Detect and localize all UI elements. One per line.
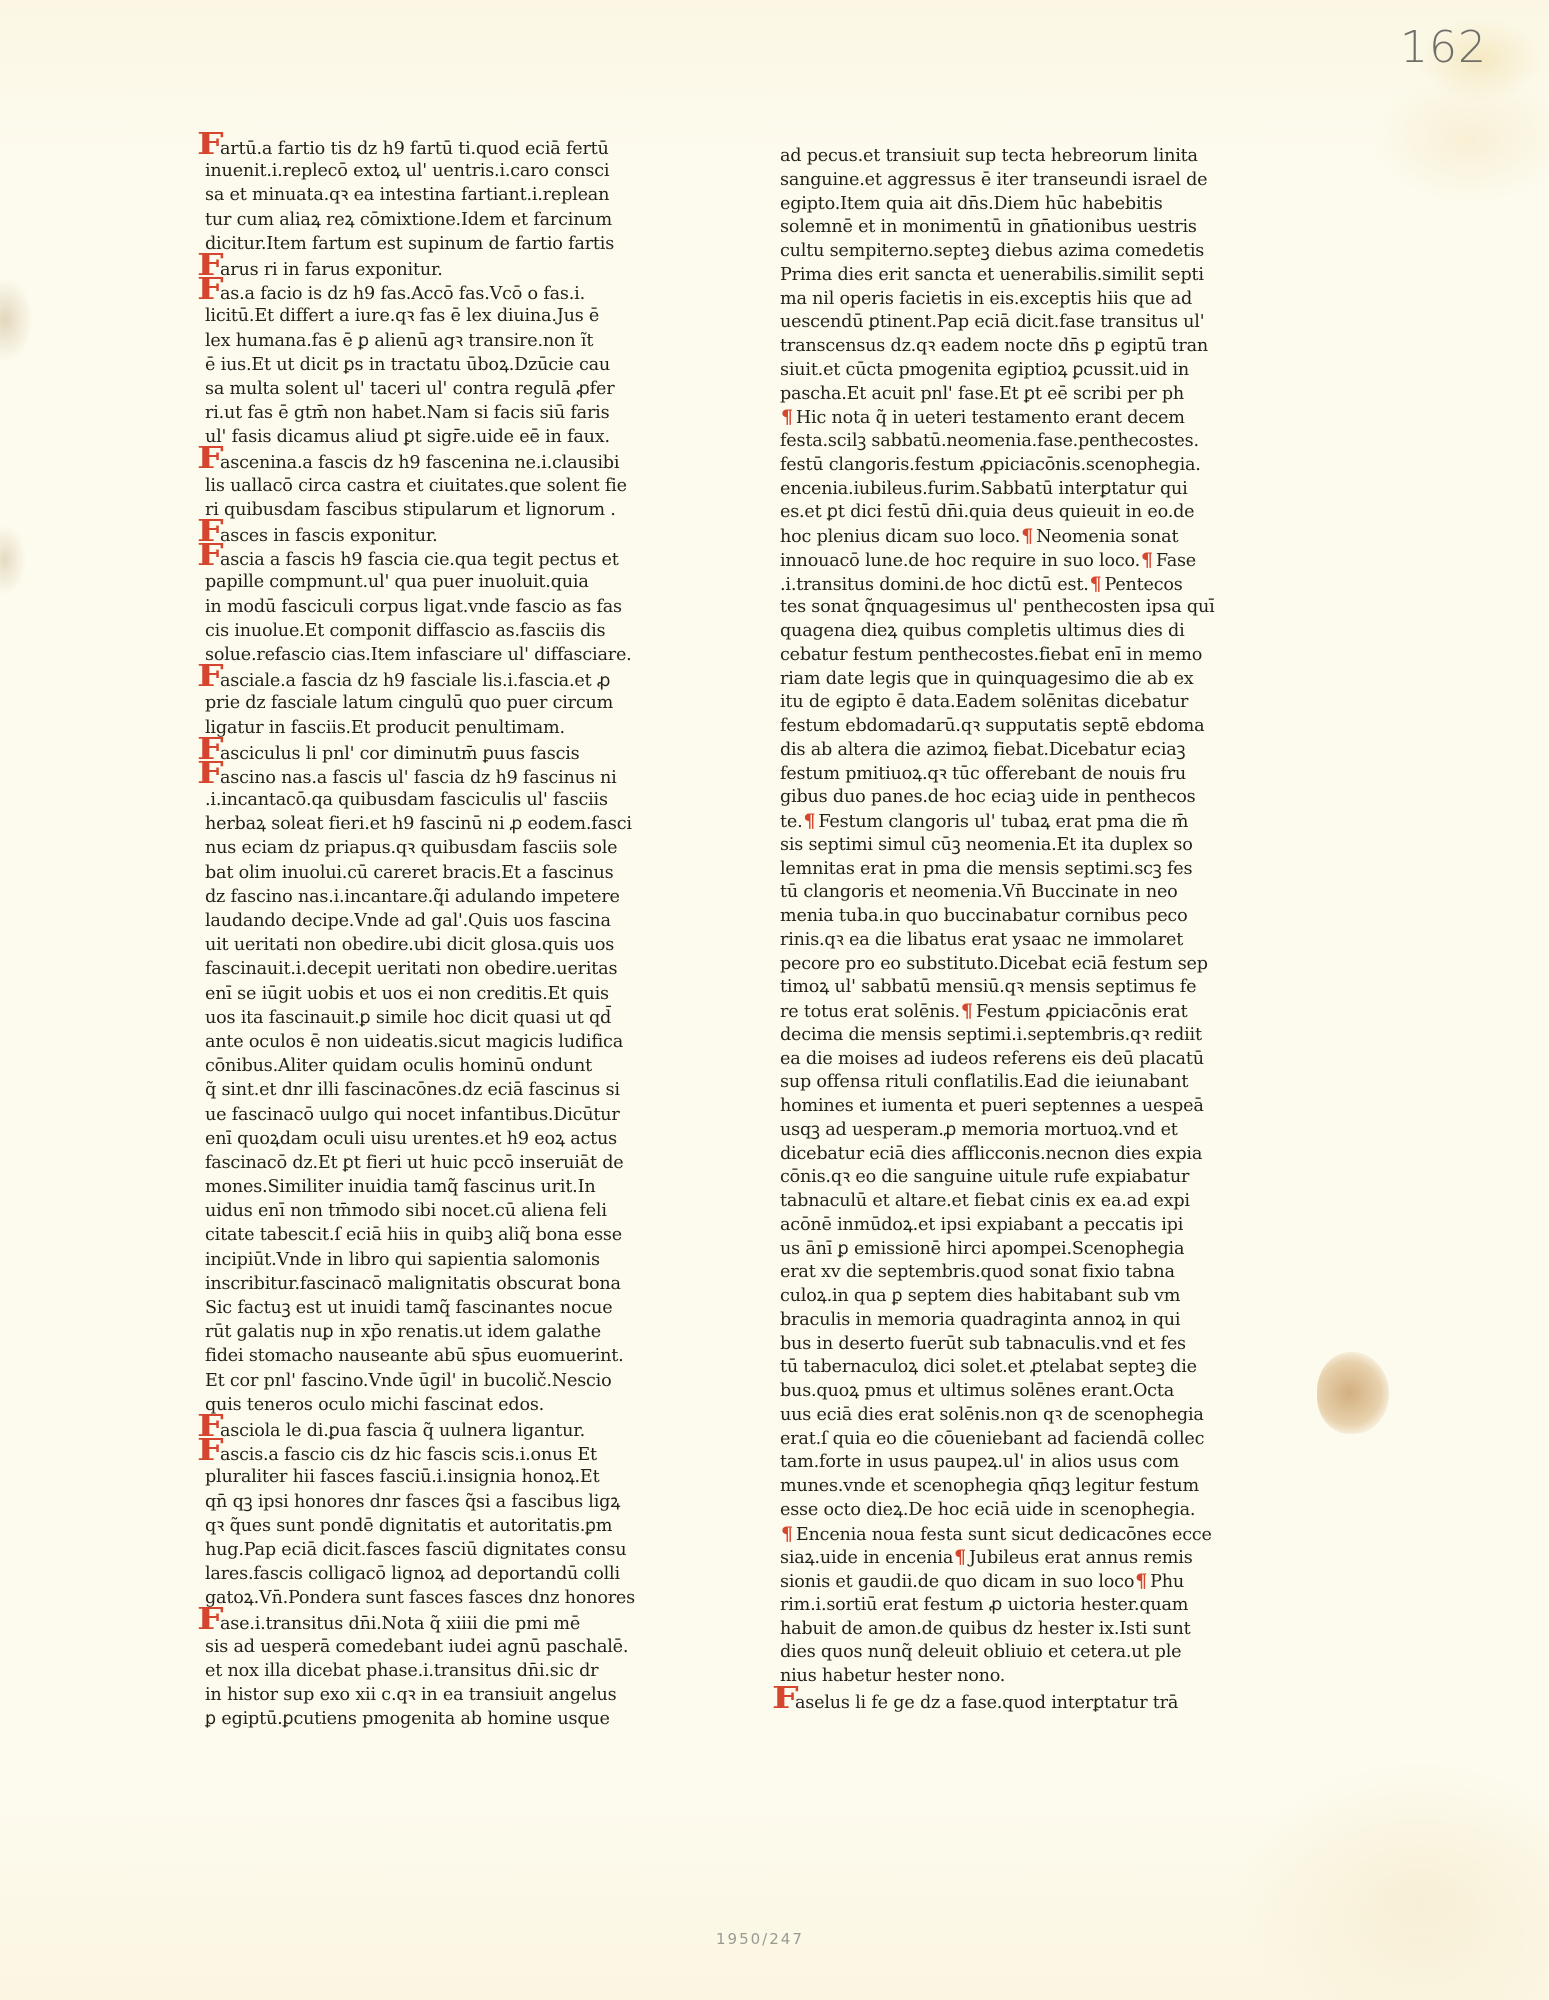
text-line: laudando decipe.Vnde ad gal'.Quis uos fa… — [205, 909, 705, 933]
text-line: esse octo dieꝝ.De hoc eciā uide in sceno… — [780, 1499, 1280, 1523]
text-line: ad pecus.et transiuit sup tecta hebreoru… — [780, 145, 1280, 169]
text-line: siuit.et cūcta pmogenita egiptioꝝ ꝑcussi… — [780, 359, 1280, 383]
entry-headword-line: Fasciale.a fascia dz h9 fasciale lis.i.f… — [205, 667, 705, 691]
text-line: egipto.Item quia ait dn̄s.Diem hūc habeb… — [780, 193, 1280, 217]
text-line: pascha.Et acuit pnl' fase.Et ꝑt eē scrib… — [780, 383, 1280, 407]
line-text: bat olim inuolui.cū careret bracis.Et a … — [205, 863, 613, 883]
paragraph-mark-icon: ¶ — [961, 1000, 973, 1022]
line-text: uus eciā dies erat solēnis.non qꝛ de sce… — [780, 1405, 1204, 1425]
text-line: transcensus dz.qꝛ eadem nocte dn̄s ꝑ egi… — [780, 335, 1280, 359]
line-text: asciola le di.ꝑua fascia q̃ uulnera liga… — [220, 1421, 585, 1441]
text-line: tur cum aliaꝝ reꝝ cōmixtione.Idem et far… — [205, 208, 705, 232]
text-line: tam.forte in usus paupeꝝ.ul' in alios us… — [780, 1451, 1280, 1475]
line-text: festa.scilꝫ sabbatū.neomenia.fase.penthe… — [780, 431, 1199, 451]
line-text: ase.i.transitus dn̄i.Nota q̃ xiiii die p… — [220, 1614, 580, 1634]
line-text: re totus erat solēnis. — [780, 1002, 960, 1022]
line-text: tū clangoris et neomenia.Vn̄ Buccinate i… — [780, 882, 1178, 902]
text-line: uit ueritati non obedire.ubi dicit glosa… — [205, 933, 705, 957]
line-text: enī se iūgit uobis et uos ei non crediti… — [205, 984, 609, 1004]
line-text: dis ab altera die azimoꝝ fiebat.Dicebatu… — [780, 740, 1185, 760]
text-line: dies quos nunq̃ deleuit obliuio et ceter… — [780, 1641, 1280, 1665]
text-line: riam date legis que in quinquagesimo die… — [780, 668, 1280, 692]
text-line: decima die mensis septimi.i.septembris.q… — [780, 1024, 1280, 1048]
text-line: Prima dies erit sancta et uenerabilis.si… — [780, 264, 1280, 288]
text-line: sa et minuata.qꝛ ea intestina fartiant.i… — [205, 183, 705, 207]
text-line: ¶Hic nota q̃ in ueteri testamento erant … — [780, 406, 1280, 430]
text-line: ante oculos ē non uideatis.sicut magicis… — [205, 1030, 705, 1054]
line-text: acōnē inmūdoꝝ.et ipsi expiabant a peccat… — [780, 1215, 1183, 1235]
rubricated-initial: F — [197, 1610, 225, 1630]
text-line: cōnibus.Aliter quidam oculis hominū ondu… — [205, 1054, 705, 1078]
entry-headword-line: Fartū.a fartio tis dz h9 fartū ti.quod e… — [205, 135, 705, 159]
line-text: solue.refascio cias.Item infasciare ul' … — [205, 645, 632, 665]
line-text: Jubileus erat annus remis — [969, 1548, 1193, 1568]
rubricated-initial: F — [197, 280, 225, 300]
text-line: lares.fascis colligacō lignoꝝ ad deporta… — [205, 1562, 705, 1586]
line-text: ligatur in fasciis.Et producit penultima… — [205, 718, 565, 738]
line-text: egipto.Item quia ait dn̄s.Diem hūc habeb… — [780, 194, 1163, 214]
line-text: dicitur.Item fartum est supinum de farti… — [205, 234, 614, 254]
paragraph-mark-icon: ¶ — [803, 810, 815, 832]
line-text: qn̄ qꝫ ipsi honores dnr fasces q̃si a fa… — [205, 1492, 620, 1512]
text-line: inscribitur.fascinacō malignitatis obscu… — [205, 1272, 705, 1296]
line-text: Festum clangoris ul' tubaꝝ erat pma die … — [818, 812, 1188, 832]
line-text: inuenit.i.replecō extoꝝ ul' uentris.i.ca… — [205, 161, 609, 181]
line-text: cis inuolue.Et componit diffascio as.fas… — [205, 621, 605, 641]
line-text: Phu — [1150, 1572, 1184, 1592]
line-text: asciale.a fascia dz h9 fasciale lis.i.fa… — [220, 671, 610, 691]
line-text: bus in deserto fuerūt sub tabnaculis.vnd… — [780, 1334, 1186, 1354]
line-text: uescendū ꝑtinent.Pap eciā dicit.fase tra… — [780, 312, 1204, 332]
line-text: pascha.Et acuit pnl' fase.Et ꝑt eē scrib… — [780, 384, 1184, 404]
text-line: nus eciam dz priapus.qꝛ quibusdam fascii… — [205, 836, 705, 860]
text-line: sa multa solent ul' taceri ul' contra re… — [205, 377, 705, 401]
line-text: quis teneros oculo michi fascinat edos. — [205, 1395, 544, 1415]
text-line: usqꝫ ad uesperam.ꝓ memoria mortuoꝝ.vnd e… — [780, 1119, 1280, 1143]
line-text: fascinauit.i.decepit ueritati non obedir… — [205, 959, 617, 979]
line-text: ad pecus.et transiuit sup tecta hebreoru… — [780, 146, 1198, 166]
line-text: pecore pro eo substituto.Dicebat eciā fe… — [780, 954, 1208, 974]
text-line: encenia.iubileus.furim.Sabbatū interꝑtat… — [780, 478, 1280, 502]
text-line: lex humana.fas ē ꝑ alienū agꝛ transire.n… — [205, 329, 705, 353]
text-line: te.¶Festum clangoris ul' tubaꝝ erat pma … — [780, 810, 1280, 834]
line-text: ue fascinacō uulgo qui nocet infantibus.… — [205, 1105, 620, 1125]
line-text: .i.incantacō.qa quibusdam fasciculis ul'… — [205, 790, 608, 810]
line-text: ma nil operis facietis in eis.exceptis h… — [780, 289, 1192, 309]
text-line: hoc plenius dicam suo loco.¶Neomenia son… — [780, 525, 1280, 549]
text-line: sionis et gaudii.de quo dicam in suo loc… — [780, 1570, 1280, 1594]
line-text: aselus li fe ge dz a fase.quod interꝑtat… — [795, 1693, 1178, 1713]
text-line: et nox illa dicebat phase.i.transitus dn… — [205, 1659, 705, 1683]
line-text: gatoꝝ.Vn̄.Pondera sunt fasces fasces dnz… — [205, 1588, 635, 1608]
text-line: Et cor pnl' fascino.Vnde ūgil' in bucoli… — [205, 1369, 705, 1393]
line-text: in modū fasciculi corpus ligat.vnde fasc… — [205, 597, 622, 617]
text-line: homines et iumenta et pueri septennes a … — [780, 1095, 1280, 1119]
line-text: incipiūt.Vnde in libro qui sapientia sal… — [205, 1250, 600, 1270]
rubricated-initial: F — [197, 546, 225, 566]
rubricated-initial: F — [197, 1441, 225, 1461]
line-text: erat.ſ quia eo die cōueniebant ad facien… — [780, 1429, 1204, 1449]
text-line: fascinauit.i.decepit ueritati non obedir… — [205, 957, 705, 981]
line-text: culoꝝ.in qua ꝑ septem dies habitabant su… — [780, 1286, 1180, 1306]
line-text: uidus enī non tm̄modo sibi nocet.cū alie… — [205, 1201, 607, 1221]
text-line: qꝛ q̃ues sunt pondē dignitatis et autori… — [205, 1514, 705, 1538]
line-text: ri.ut fas ē gtm̄ non habet.Nam si facis … — [205, 403, 609, 423]
entry-headword-line: Faselus li fe ge dz a fase.quod interꝑta… — [780, 1689, 1280, 1713]
line-text: menia tuba.in quo buccinabatur cornibus … — [780, 906, 1187, 926]
paragraph-mark-icon: ¶ — [1090, 573, 1102, 595]
line-text: timoꝝ ul' sabbatū mensiū.qꝛ mensis septi… — [780, 977, 1196, 997]
text-line: cultu sempiterno.septeꝫ diebus azima com… — [780, 240, 1280, 264]
text-line: qn̄ qꝫ ipsi honores dnr fasces q̃si a fa… — [205, 1490, 705, 1514]
text-line: tes sonat q̃nquagesimus ul' penthecosten… — [780, 596, 1280, 620]
line-text: us ānī ꝑ emissionē hirci apompei.Scenoph… — [780, 1239, 1184, 1259]
text-line: solue.refascio cias.Item infasciare ul' … — [205, 643, 705, 667]
text-line: munes.vnde et scenophegia qn̄qꝫ legitur … — [780, 1475, 1280, 1499]
text-line: ē ius.Et ut dicit ꝑs in tractatu ūboꝝ.Dz… — [205, 353, 705, 377]
line-text: enī quoꝝdam oculi uisu urentes.et h9 eoꝝ… — [205, 1129, 617, 1149]
line-text: Et cor pnl' fascino.Vnde ūgil' in bucoli… — [205, 1371, 612, 1391]
paragraph-mark-icon: ¶ — [1141, 549, 1153, 571]
text-line: sis septimi simul cūꝫ neomenia.Et ita du… — [780, 834, 1280, 858]
text-line: ue fascinacō uulgo qui nocet infantibus.… — [205, 1103, 705, 1127]
text-line: menia tuba.in quo buccinabatur cornibus … — [780, 905, 1280, 929]
line-text: asces in fascis exponitur. — [220, 526, 438, 546]
line-text: fidei stomacho nauseante abū sp̄us euomu… — [205, 1346, 623, 1366]
line-text: riam date legis que in quinquagesimo die… — [780, 669, 1194, 689]
line-text: rim.i.sortiū erat festum ꝓ uictoria hest… — [780, 1595, 1188, 1615]
text-line: ligatur in fasciis.Et producit penultima… — [205, 716, 705, 740]
entry-headword-line: Fascenina.a fascis dz h9 fascenina ne.i.… — [205, 449, 705, 473]
line-text: et nox illa dicebat phase.i.transitus dn… — [205, 1661, 598, 1681]
line-text: sup offensa rituli conflatilis.Ead die i… — [780, 1072, 1188, 1092]
line-text: Fase — [1156, 551, 1196, 571]
text-line: in modū fasciculi corpus ligat.vnde fasc… — [205, 595, 705, 619]
text-line: innouacō lune.de hoc require in suo loco… — [780, 549, 1280, 573]
line-text: ascia a fascis h9 fascia cie.qua tegit p… — [220, 550, 619, 570]
text-line: fidei stomacho nauseante abū sp̄us euomu… — [205, 1344, 705, 1368]
line-text: lis uallacō circa castra et ciuitates.qu… — [205, 476, 627, 496]
text-line: mones.Similiter inuidia tamq̃ fascinus u… — [205, 1175, 705, 1199]
line-text: tur cum aliaꝝ reꝝ cōmixtione.Idem et far… — [205, 210, 612, 230]
line-text: arus ri in farus exponitur. — [220, 260, 443, 280]
shelfmark-annotation: 1950/247 — [716, 1930, 804, 1948]
line-text: tam.forte in usus paupeꝝ.ul' in alios us… — [780, 1452, 1179, 1472]
text-line: cebatur festum penthecostes.fiebat enī i… — [780, 644, 1280, 668]
line-text: ꝑ egiptū.ꝑcutiens pmogenita ab homine us… — [205, 1709, 610, 1729]
text-line: tū clangoris et neomenia.Vn̄ Buccinate i… — [780, 881, 1280, 905]
text-line: rim.i.sortiū erat festum ꝓ uictoria hest… — [780, 1594, 1280, 1618]
text-line: citate tabescit.ſ eciā hiis in quibꝫ ali… — [205, 1223, 705, 1247]
paragraph-mark-icon: ¶ — [781, 406, 793, 428]
text-line: ¶Encenia noua festa sunt sicut dedicacōn… — [780, 1523, 1280, 1547]
text-line: bus.quoꝝ pmus et ultimus solēnes erant.O… — [780, 1380, 1280, 1404]
line-text: artū.a fartio tis dz h9 fartū ti.quod ec… — [220, 139, 609, 159]
line-text: uos ita fascinauit.ꝑ simile hoc dicit qu… — [205, 1008, 611, 1028]
text-line: acōnē inmūdoꝝ.et ipsi expiabant a peccat… — [780, 1214, 1280, 1238]
text-line: .i.transitus domini.de hoc dictū est.¶Pe… — [780, 573, 1280, 597]
line-text: asciculus li pnl' cor diminutm̄ ꝑuus fas… — [220, 744, 580, 764]
line-text: esse octo dieꝝ.De hoc eciā uide in sceno… — [780, 1500, 1195, 1520]
line-text: Encenia noua festa sunt sicut dedicacōne… — [796, 1525, 1212, 1545]
text-line: es.et ꝑt dici festū dn̄i.quia deus quieu… — [780, 501, 1280, 525]
line-text: homines et iumenta et pueri septennes a … — [780, 1096, 1204, 1116]
entry-headword-line: Fascino nas.a fascis ul' fascia dz h9 fa… — [205, 764, 705, 788]
text-line: hug.Pap eciā dicit.fasces fasciū dignita… — [205, 1538, 705, 1562]
rubricated-initial: F — [197, 449, 225, 469]
line-text: rinis.qꝛ ea die libatus erat ysaac ne im… — [780, 930, 1183, 950]
line-text: tū tabernaculoꝝ dici solet.et ꝓtelabat s… — [780, 1357, 1197, 1377]
line-text: solemnē et in monimentū in gn̄ationibus … — [780, 217, 1197, 237]
line-text: ascenina.a fascis dz h9 fascenina ne.i.c… — [220, 453, 619, 473]
text-line: tabnaculū et altare.et fiebat cinis ex e… — [780, 1190, 1280, 1214]
line-text: hoc plenius dicam suo loco. — [780, 527, 1020, 547]
line-text: cebatur festum penthecostes.fiebat enī i… — [780, 645, 1202, 665]
line-text: te. — [780, 812, 802, 832]
folio-number: 162 — [1400, 22, 1487, 73]
entry-headword-line: Fasciculus li pnl' cor diminutm̄ ꝑuus fa… — [205, 740, 705, 764]
line-text: citate tabescit.ſ eciā hiis in quibꝫ ali… — [205, 1225, 622, 1245]
line-text: encenia.iubileus.furim.Sabbatū interꝑtat… — [780, 479, 1188, 499]
text-line: sup offensa rituli conflatilis.Ead die i… — [780, 1071, 1280, 1095]
text-line: enī quoꝝdam oculi uisu urentes.et h9 eoꝝ… — [205, 1127, 705, 1151]
line-text: sanguine.et aggressus ē iter transeundi … — [780, 170, 1207, 190]
text-line: nius habetur hester nono. — [780, 1665, 1280, 1689]
text-line: erat xv die septembris.quod sonat fixio … — [780, 1261, 1280, 1285]
text-line: pecore pro eo substituto.Dicebat eciā fe… — [780, 953, 1280, 977]
line-text: ē ius.Et ut dicit ꝑs in tractatu ūboꝝ.Dz… — [205, 355, 610, 375]
text-line: inuenit.i.replecō extoꝝ ul' uentris.i.ca… — [205, 159, 705, 183]
line-text: cōnis.qꝛ eo die sanguine uitule rufe exp… — [780, 1167, 1189, 1187]
line-text: usqꝫ ad uesperam.ꝓ memoria mortuoꝝ.vnd e… — [780, 1120, 1178, 1140]
line-text: Pentecos — [1104, 575, 1182, 595]
line-text: festum pmitiuoꝝ.qꝛ tūc offerebant de nou… — [780, 764, 1186, 784]
rubricated-initial: F — [197, 135, 225, 155]
text-line: uos ita fascinauit.ꝑ simile hoc dicit qu… — [205, 1006, 705, 1030]
line-text: siaꝝ.uide in encenia — [780, 1548, 953, 1568]
text-line: bus in deserto fuerūt sub tabnaculis.vnd… — [780, 1333, 1280, 1357]
line-text: uit ueritati non obedire.ubi dicit glosa… — [205, 935, 614, 955]
text-line: ꝑ egiptū.ꝑcutiens pmogenita ab homine us… — [205, 1707, 705, 1731]
text-line: us ānī ꝑ emissionē hirci apompei.Scenoph… — [780, 1238, 1280, 1262]
text-line: sis ad uesperā comedebant iudei agnū pas… — [205, 1635, 705, 1659]
entry-headword-line: Fascis.a fascio cis dz hic fascis scis.i… — [205, 1441, 705, 1465]
text-line: braculis in memoria quadraginta annoꝝ in… — [780, 1309, 1280, 1333]
text-line: itu de egipto ē data.Eadem solēnitas dic… — [780, 691, 1280, 715]
line-text: ascis.a fascio cis dz hic fascis scis.i.… — [220, 1445, 597, 1465]
line-text: ea die moises ad iudeos referens eis deū… — [780, 1049, 1204, 1069]
text-line: ma nil operis facietis in eis.exceptis h… — [780, 288, 1280, 312]
text-line: quagena dieꝝ quibus completis ultimus di… — [780, 620, 1280, 644]
text-line: ul' fasis dicamus aliud ꝑt sigr̄e.uide e… — [205, 425, 705, 449]
text-line: ri quibusdam fascibus stipularum et lign… — [205, 498, 705, 522]
text-line: cōnis.qꝛ eo die sanguine uitule rufe exp… — [780, 1166, 1280, 1190]
text-line: q̃ sint.et dnr illi fascinacōnes.dz eciā… — [205, 1078, 705, 1102]
line-text: Prima dies erit sancta et uenerabilis.si… — [780, 265, 1204, 285]
line-text: innouacō lune.de hoc require in suo loco… — [780, 551, 1140, 571]
text-line: culoꝝ.in qua ꝑ septem dies habitabant su… — [780, 1285, 1280, 1309]
line-text: Neomenia sonat — [1036, 527, 1178, 547]
line-text: herbaꝝ soleat fieri.et h9 fascinū ni ꝓ e… — [205, 814, 632, 834]
text-line: solemnē et in monimentū in gn̄ationibus … — [780, 216, 1280, 240]
text-line: prie dz fasciale latum cingulū quo puer … — [205, 691, 705, 715]
line-text: in histor sup exo xii c.qꝛ in ea transiu… — [205, 1685, 616, 1705]
right-text-column: ad pecus.et transiuit sup tecta hebreoru… — [780, 145, 1280, 1713]
text-line: ea die moises ad iudeos referens eis deū… — [780, 1048, 1280, 1072]
line-text: sa multa solent ul' taceri ul' contra re… — [205, 379, 614, 399]
text-line: ri.ut fas ē gtm̄ non habet.Nam si facis … — [205, 401, 705, 425]
line-text: munes.vnde et scenophegia qn̄qꝫ legitur … — [780, 1476, 1199, 1496]
line-text: gibus duo panes.de hoc eciaꝫ uide in pen… — [780, 787, 1195, 807]
line-text: cultu sempiterno.septeꝫ diebus azima com… — [780, 241, 1204, 261]
line-text: sa et minuata.qꝛ ea intestina fartiant.i… — [205, 185, 609, 205]
line-text: hug.Pap eciā dicit.fasces fasciū dignita… — [205, 1540, 626, 1560]
line-text: festū clangoris.festum ꝓpiciacōnis.sceno… — [780, 455, 1201, 475]
line-text: dicebatur eciā dies afflicconis.necnon d… — [780, 1144, 1202, 1164]
text-line: festa.scilꝫ sabbatū.neomenia.fase.penthe… — [780, 430, 1280, 454]
line-text: lares.fascis colligacō lignoꝝ ad deporta… — [205, 1564, 620, 1584]
text-line: papille compmunt.ul' qua puer inuoluit.q… — [205, 570, 705, 594]
line-text: Festum ꝓpiciacōnis erat — [976, 1002, 1188, 1022]
text-line: licitū.Et differt a iure.qꝛ fas ē lex di… — [205, 304, 705, 328]
line-text: .i.transitus domini.de hoc dictū est. — [780, 575, 1089, 595]
line-text: cōnibus.Aliter quidam oculis hominū ondu… — [205, 1056, 592, 1076]
text-line: sanguine.et aggressus ē iter transeundi … — [780, 169, 1280, 193]
text-line: festum pmitiuoꝝ.qꝛ tūc offerebant de nou… — [780, 763, 1280, 787]
line-text: licitū.Et differt a iure.qꝛ fas ē lex di… — [205, 306, 599, 326]
line-text: sis ad uesperā comedebant iudei agnū pas… — [205, 1637, 628, 1657]
line-text: transcensus dz.qꝛ eadem nocte dn̄s ꝑ egi… — [780, 336, 1208, 356]
text-line: rūt galatis nuꝑ in xp̄o renatis.ut idem … — [205, 1320, 705, 1344]
text-line: dicitur.Item fartum est supinum de farti… — [205, 232, 705, 256]
manuscript-page: 162 Fartū.a fartio tis dz h9 fartū ti.qu… — [0, 0, 1549, 2000]
text-line: dz fascino nas.i.incantare.q̃i adulando … — [205, 885, 705, 909]
left-text-column: Fartū.a fartio tis dz h9 fartū ti.quod e… — [205, 135, 705, 1731]
rubricated-initial: F — [197, 667, 225, 687]
line-text: sionis et gaudii.de quo dicam in suo loc… — [780, 1572, 1134, 1592]
text-line: herbaꝝ soleat fieri.et h9 fascinū ni ꝓ e… — [205, 812, 705, 836]
line-text: inscribitur.fascinacō malignitatis obscu… — [205, 1274, 621, 1294]
entry-headword-line: Fase.i.transitus dn̄i.Nota q̃ xiiii die … — [205, 1610, 705, 1634]
line-text: q̃ sint.et dnr illi fascinacōnes.dz eciā… — [205, 1080, 620, 1100]
text-line: uus eciā dies erat solēnis.non qꝛ de sce… — [780, 1404, 1280, 1428]
line-text: es.et ꝑt dici festū dn̄i.quia deus quieu… — [780, 502, 1194, 522]
line-text: quagena dieꝝ quibus completis ultimus di… — [780, 621, 1185, 641]
line-text: siuit.et cūcta pmogenita egiptioꝝ ꝑcussi… — [780, 360, 1189, 380]
line-text: qꝛ q̃ues sunt pondē dignitatis et autori… — [205, 1516, 612, 1536]
line-text: braculis in memoria quadraginta annoꝝ in… — [780, 1310, 1180, 1330]
line-text: bus.quoꝝ pmus et ultimus solēnes erant.O… — [780, 1381, 1174, 1401]
line-text: as.a facio is dz h9 fas.Accō fas.Vcō o f… — [220, 284, 585, 304]
line-text: itu de egipto ē data.Eadem solēnitas dic… — [780, 692, 1188, 712]
text-line: lis uallacō circa castra et ciuitates.qu… — [205, 474, 705, 498]
line-text: sis septimi simul cūꝫ neomenia.Et ita du… — [780, 835, 1193, 855]
rubricated-initial: F — [197, 764, 225, 784]
entry-headword-line: Fascia a fascis h9 fascia cie.qua tegit … — [205, 546, 705, 570]
text-line: enī se iūgit uobis et uos ei non crediti… — [205, 982, 705, 1006]
text-line: .i.incantacō.qa quibusdam fasciculis ul'… — [205, 788, 705, 812]
line-text: tabnaculū et altare.et fiebat cinis ex e… — [780, 1191, 1190, 1211]
text-line: uidus enī non tm̄modo sibi nocet.cū alie… — [205, 1199, 705, 1223]
line-text: pluraliter hii fasces fasciū.i.insignia … — [205, 1467, 599, 1487]
text-line: tū tabernaculoꝝ dici solet.et ꝓtelabat s… — [780, 1356, 1280, 1380]
paragraph-mark-icon: ¶ — [781, 1523, 793, 1545]
text-line: timoꝝ ul' sabbatū mensiū.qꝛ mensis septi… — [780, 976, 1280, 1000]
text-line: re totus erat solēnis.¶Festum ꝓpiciacōni… — [780, 1000, 1280, 1024]
line-text: rūt galatis nuꝑ in xp̄o renatis.ut idem … — [205, 1322, 601, 1342]
line-text: nius habetur hester nono. — [780, 1666, 1005, 1686]
line-text: decima die mensis septimi.i.septembris.q… — [780, 1025, 1202, 1045]
entry-headword-line: Fasces in fascis exponitur. — [205, 522, 705, 546]
text-line: quis teneros oculo michi fascinat edos. — [205, 1393, 705, 1417]
entry-headword-line: Fasciola le di.ꝑua fascia q̃ uulnera lig… — [205, 1417, 705, 1441]
line-text: festum ebdomadarū.qꝛ supputatis septē eb… — [780, 716, 1204, 736]
line-text: erat xv die septembris.quod sonat fixio … — [780, 1262, 1175, 1282]
text-line: siaꝝ.uide in encenia¶Jubileus erat annus… — [780, 1546, 1280, 1570]
line-text: lex humana.fas ē ꝑ alienū agꝛ transire.n… — [205, 331, 593, 351]
paragraph-mark-icon: ¶ — [954, 1546, 966, 1568]
text-line: bat olim inuolui.cū careret bracis.Et a … — [205, 861, 705, 885]
text-line: pluraliter hii fasces fasciū.i.insignia … — [205, 1465, 705, 1489]
paragraph-mark-icon: ¶ — [1021, 525, 1033, 547]
entry-headword-line: Farus ri in farus exponitur. — [205, 256, 705, 280]
text-line: in histor sup exo xii c.qꝛ in ea transiu… — [205, 1683, 705, 1707]
line-text: papille compmunt.ul' qua puer inuoluit.q… — [205, 572, 589, 592]
paragraph-mark-icon: ¶ — [1135, 1570, 1147, 1592]
text-line: gibus duo panes.de hoc eciaꝫ uide in pen… — [780, 786, 1280, 810]
line-text: Hic nota q̃ in ueteri testamento erant d… — [796, 408, 1185, 428]
text-line: festum ebdomadarū.qꝛ supputatis septē eb… — [780, 715, 1280, 739]
text-line: Sic factuꝫ est ut inuidi tamq̃ fascinant… — [205, 1296, 705, 1320]
text-line: habuit de amon.de quibus dz hester ix.Is… — [780, 1618, 1280, 1642]
line-text: nus eciam dz priapus.qꝛ quibusdam fascii… — [205, 838, 617, 858]
text-line: festū clangoris.festum ꝓpiciacōnis.sceno… — [780, 454, 1280, 478]
text-line: fascinacō dz.Et ꝑt fieri ut huic pccō in… — [205, 1151, 705, 1175]
text-line: erat.ſ quia eo die cōueniebant ad facien… — [780, 1428, 1280, 1452]
text-line: cis inuolue.Et componit diffascio as.fas… — [205, 619, 705, 643]
text-line: gatoꝝ.Vn̄.Pondera sunt fasces fasces dnz… — [205, 1586, 705, 1610]
text-line: incipiūt.Vnde in libro qui sapientia sal… — [205, 1248, 705, 1272]
foxing-stain — [1317, 1352, 1389, 1434]
line-text: lemnitas erat in pma die mensis septimi.… — [780, 859, 1192, 879]
line-text: ul' fasis dicamus aliud ꝑt sigr̄e.uide e… — [205, 427, 610, 447]
line-text: ante oculos ē non uideatis.sicut magicis… — [205, 1032, 623, 1052]
line-text: dies quos nunq̃ deleuit obliuio et ceter… — [780, 1642, 1181, 1662]
text-line: rinis.qꝛ ea die libatus erat ysaac ne im… — [780, 929, 1280, 953]
line-text: mones.Similiter inuidia tamq̃ fascinus u… — [205, 1177, 595, 1197]
text-line: lemnitas erat in pma die mensis septimi.… — [780, 858, 1280, 882]
line-text: Sic factuꝫ est ut inuidi tamq̃ fascinant… — [205, 1298, 612, 1318]
line-text: ascino nas.a fascis ul' fascia dz h9 fas… — [220, 768, 617, 788]
text-line: dicebatur eciā dies afflicconis.necnon d… — [780, 1143, 1280, 1167]
line-text: fascinacō dz.Et ꝑt fieri ut huic pccō in… — [205, 1153, 624, 1173]
line-text: laudando decipe.Vnde ad gal'.Quis uos fa… — [205, 911, 611, 931]
line-text: dz fascino nas.i.incantare.q̃i adulando … — [205, 887, 620, 907]
line-text: tes sonat q̃nquagesimus ul' penthecosten… — [780, 597, 1215, 617]
line-text: ri quibusdam fascibus stipularum et lign… — [205, 500, 616, 520]
text-line: dis ab altera die azimoꝝ fiebat.Dicebatu… — [780, 739, 1280, 763]
rubricated-initial: F — [772, 1689, 800, 1709]
line-text: habuit de amon.de quibus dz hester ix.Is… — [780, 1619, 1191, 1639]
text-line: uescendū ꝑtinent.Pap eciā dicit.fase tra… — [780, 311, 1280, 335]
line-text: prie dz fasciale latum cingulū quo puer … — [205, 693, 613, 713]
entry-headword-line: Fas.a facio is dz h9 fas.Accō fas.Vcō o … — [205, 280, 705, 304]
